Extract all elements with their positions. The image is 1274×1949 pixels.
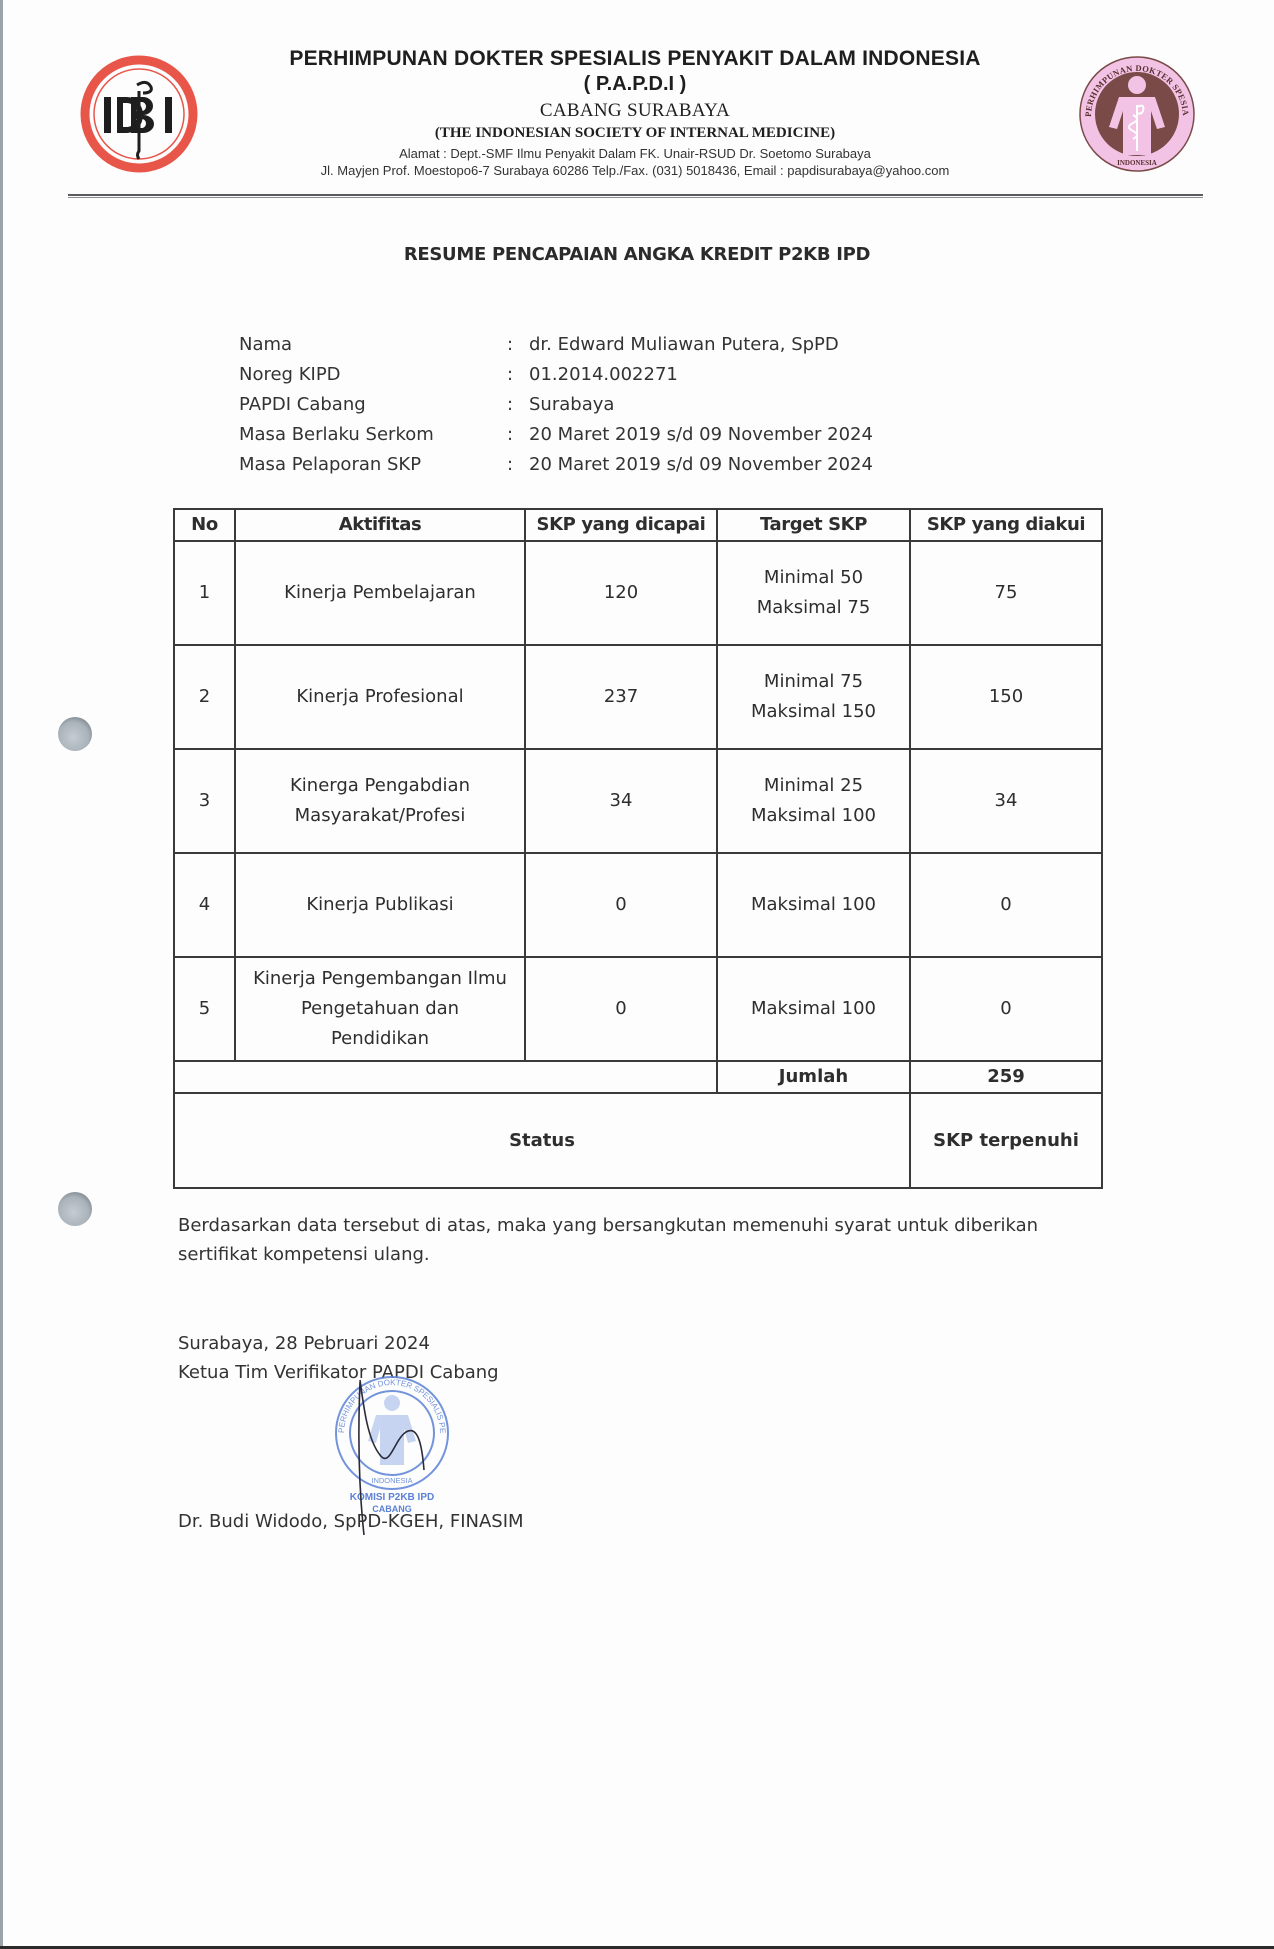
info-label: Noreg KIPD: [239, 360, 341, 390]
total-value: 259: [910, 1061, 1102, 1093]
page-left-edge: [0, 0, 3, 1949]
info-separator: :: [507, 330, 513, 360]
info-label: PAPDI Cabang: [239, 390, 366, 420]
letterhead-address-line2: Jl. Mayjen Prof. Moestopo6-7 Surabaya 60…: [200, 163, 1070, 178]
cell-no: 5: [174, 957, 235, 1061]
letterhead-organization: PERHIMPUNAN DOKTER SPESIALIS PENYAKIT DA…: [200, 47, 1070, 71]
info-value: 01.2014.002271: [529, 360, 678, 390]
header-achieved: SKP yang dicapai: [525, 509, 717, 541]
total-label: Jumlah: [717, 1061, 910, 1093]
cell-no: 4: [174, 853, 235, 957]
activity-line: Kinerja Profesional: [240, 682, 520, 712]
info-value: 20 Maret 2019 s/d 09 November 2024: [529, 420, 873, 450]
info-label: Masa Berlaku Serkom: [239, 420, 434, 450]
cell-activity: Kinerja Publikasi: [235, 853, 525, 957]
target-line: Minimal 25: [722, 771, 905, 801]
papdi-logo-icon: PERHIMPUNAN DOKTER SPESIALIS PENYAKIT DA…: [1075, 55, 1199, 173]
total-spacer: [174, 1061, 717, 1093]
cell-achieved: 34: [525, 749, 717, 853]
papdi-logo-bottom-text: INDONESIA: [1117, 159, 1157, 167]
table-status-row: Status SKP terpenuhi: [174, 1093, 1102, 1188]
cell-acknowledged: 75: [910, 541, 1102, 645]
conclusion-paragraph: Berdasarkan data tersebut di atas, maka …: [178, 1211, 1118, 1269]
document-title: RESUME PENCAPAIAN ANGKA KREDIT P2KB IPD: [0, 244, 1274, 265]
activity-line: Pendidikan: [240, 1024, 520, 1054]
cell-no: 1: [174, 541, 235, 645]
punch-hole: [58, 1192, 92, 1226]
table-row: 2Kinerja Profesional237Minimal 75Maksima…: [174, 645, 1102, 749]
table-row: 3Kinerga PengabdianMasyarakat/Profesi34M…: [174, 749, 1102, 853]
signature-name: Dr. Budi Widodo, SpPD-KGEH, FINASIM: [178, 1511, 524, 1532]
info-separator: :: [507, 360, 513, 390]
activity-line: Pengetahuan dan: [240, 994, 520, 1024]
activity-line: Kinerja Pengembangan Ilmu: [240, 964, 520, 994]
info-value: 20 Maret 2019 s/d 09 November 2024: [529, 450, 873, 480]
letterhead-branch: CABANG SURABAYA: [200, 100, 1070, 122]
table-row: 5Kinerja Pengembangan IlmuPengetahuan da…: [174, 957, 1102, 1061]
info-label: Masa Pelaporan SKP: [239, 450, 421, 480]
target-line: Maksimal 100: [722, 994, 905, 1024]
signature-place-date: Surabaya, 28 Pebruari 2024: [178, 1333, 430, 1354]
cell-activity: Kinerga PengabdianMasyarakat/Profesi: [235, 749, 525, 853]
activity-line: Kinerja Pembelajaran: [240, 578, 520, 608]
table-header-row: No Aktifitas SKP yang dicapai Target SKP…: [174, 509, 1102, 541]
info-separator: :: [507, 420, 513, 450]
info-label: Nama: [239, 330, 292, 360]
cell-target: Minimal 75Maksimal 150: [717, 645, 910, 749]
activity-line: Kinerga Pengabdian: [240, 771, 520, 801]
target-line: Maksimal 100: [722, 801, 905, 831]
idi-logo-icon: [79, 55, 199, 173]
letterhead-english-name: (THE INDONESIAN SOCIETY OF INTERNAL MEDI…: [200, 125, 1070, 142]
letterhead-rule: [68, 194, 1203, 198]
target-line: Maksimal 75: [722, 593, 905, 623]
cell-achieved: 237: [525, 645, 717, 749]
cell-achieved: 0: [525, 957, 717, 1061]
header-acknowledged: SKP yang diakui: [910, 509, 1102, 541]
cell-achieved: 120: [525, 541, 717, 645]
cell-achieved: 0: [525, 853, 717, 957]
status-value: SKP terpenuhi: [910, 1093, 1102, 1188]
cell-acknowledged: 34: [910, 749, 1102, 853]
punch-hole: [58, 717, 92, 751]
info-separator: :: [507, 450, 513, 480]
cell-activity: Kinerja Pembelajaran: [235, 541, 525, 645]
target-line: Minimal 75: [722, 667, 905, 697]
skp-table: No Aktifitas SKP yang dicapai Target SKP…: [173, 508, 1103, 1189]
cell-acknowledged: 0: [910, 853, 1102, 957]
info-value: dr. Edward Muliawan Putera, SpPD: [529, 330, 839, 360]
cell-activity: Kinerja Pengembangan IlmuPengetahuan dan…: [235, 957, 525, 1061]
cell-target: Maksimal 100: [717, 853, 910, 957]
cell-acknowledged: 0: [910, 957, 1102, 1061]
letterhead-address-line1: Alamat : Dept.-SMF Ilmu Penyakit Dalam F…: [200, 146, 1070, 161]
target-line: Minimal 50: [722, 563, 905, 593]
cell-no: 3: [174, 749, 235, 853]
cell-acknowledged: 150: [910, 645, 1102, 749]
header-target: Target SKP: [717, 509, 910, 541]
info-value: Surabaya: [529, 390, 614, 420]
header-activity: Aktifitas: [235, 509, 525, 541]
table-row: 4Kinerja Publikasi0Maksimal 1000: [174, 853, 1102, 957]
letterhead-abbreviation: ( P.A.P.D.I ): [200, 73, 1070, 96]
info-separator: :: [507, 390, 513, 420]
status-label: Status: [174, 1093, 910, 1188]
cell-target: Minimal 25Maksimal 100: [717, 749, 910, 853]
target-line: Maksimal 150: [722, 697, 905, 727]
activity-line: Masyarakat/Profesi: [240, 801, 520, 831]
cell-target: Minimal 50Maksimal 75: [717, 541, 910, 645]
table-row: 1Kinerja Pembelajaran120Minimal 50Maksim…: [174, 541, 1102, 645]
cell-no: 2: [174, 645, 235, 749]
cell-activity: Kinerja Profesional: [235, 645, 525, 749]
table-total-row: Jumlah 259: [174, 1061, 1102, 1093]
activity-line: Kinerja Publikasi: [240, 890, 520, 920]
cell-target: Maksimal 100: [717, 957, 910, 1061]
header-no: No: [174, 509, 235, 541]
target-line: Maksimal 100: [722, 890, 905, 920]
